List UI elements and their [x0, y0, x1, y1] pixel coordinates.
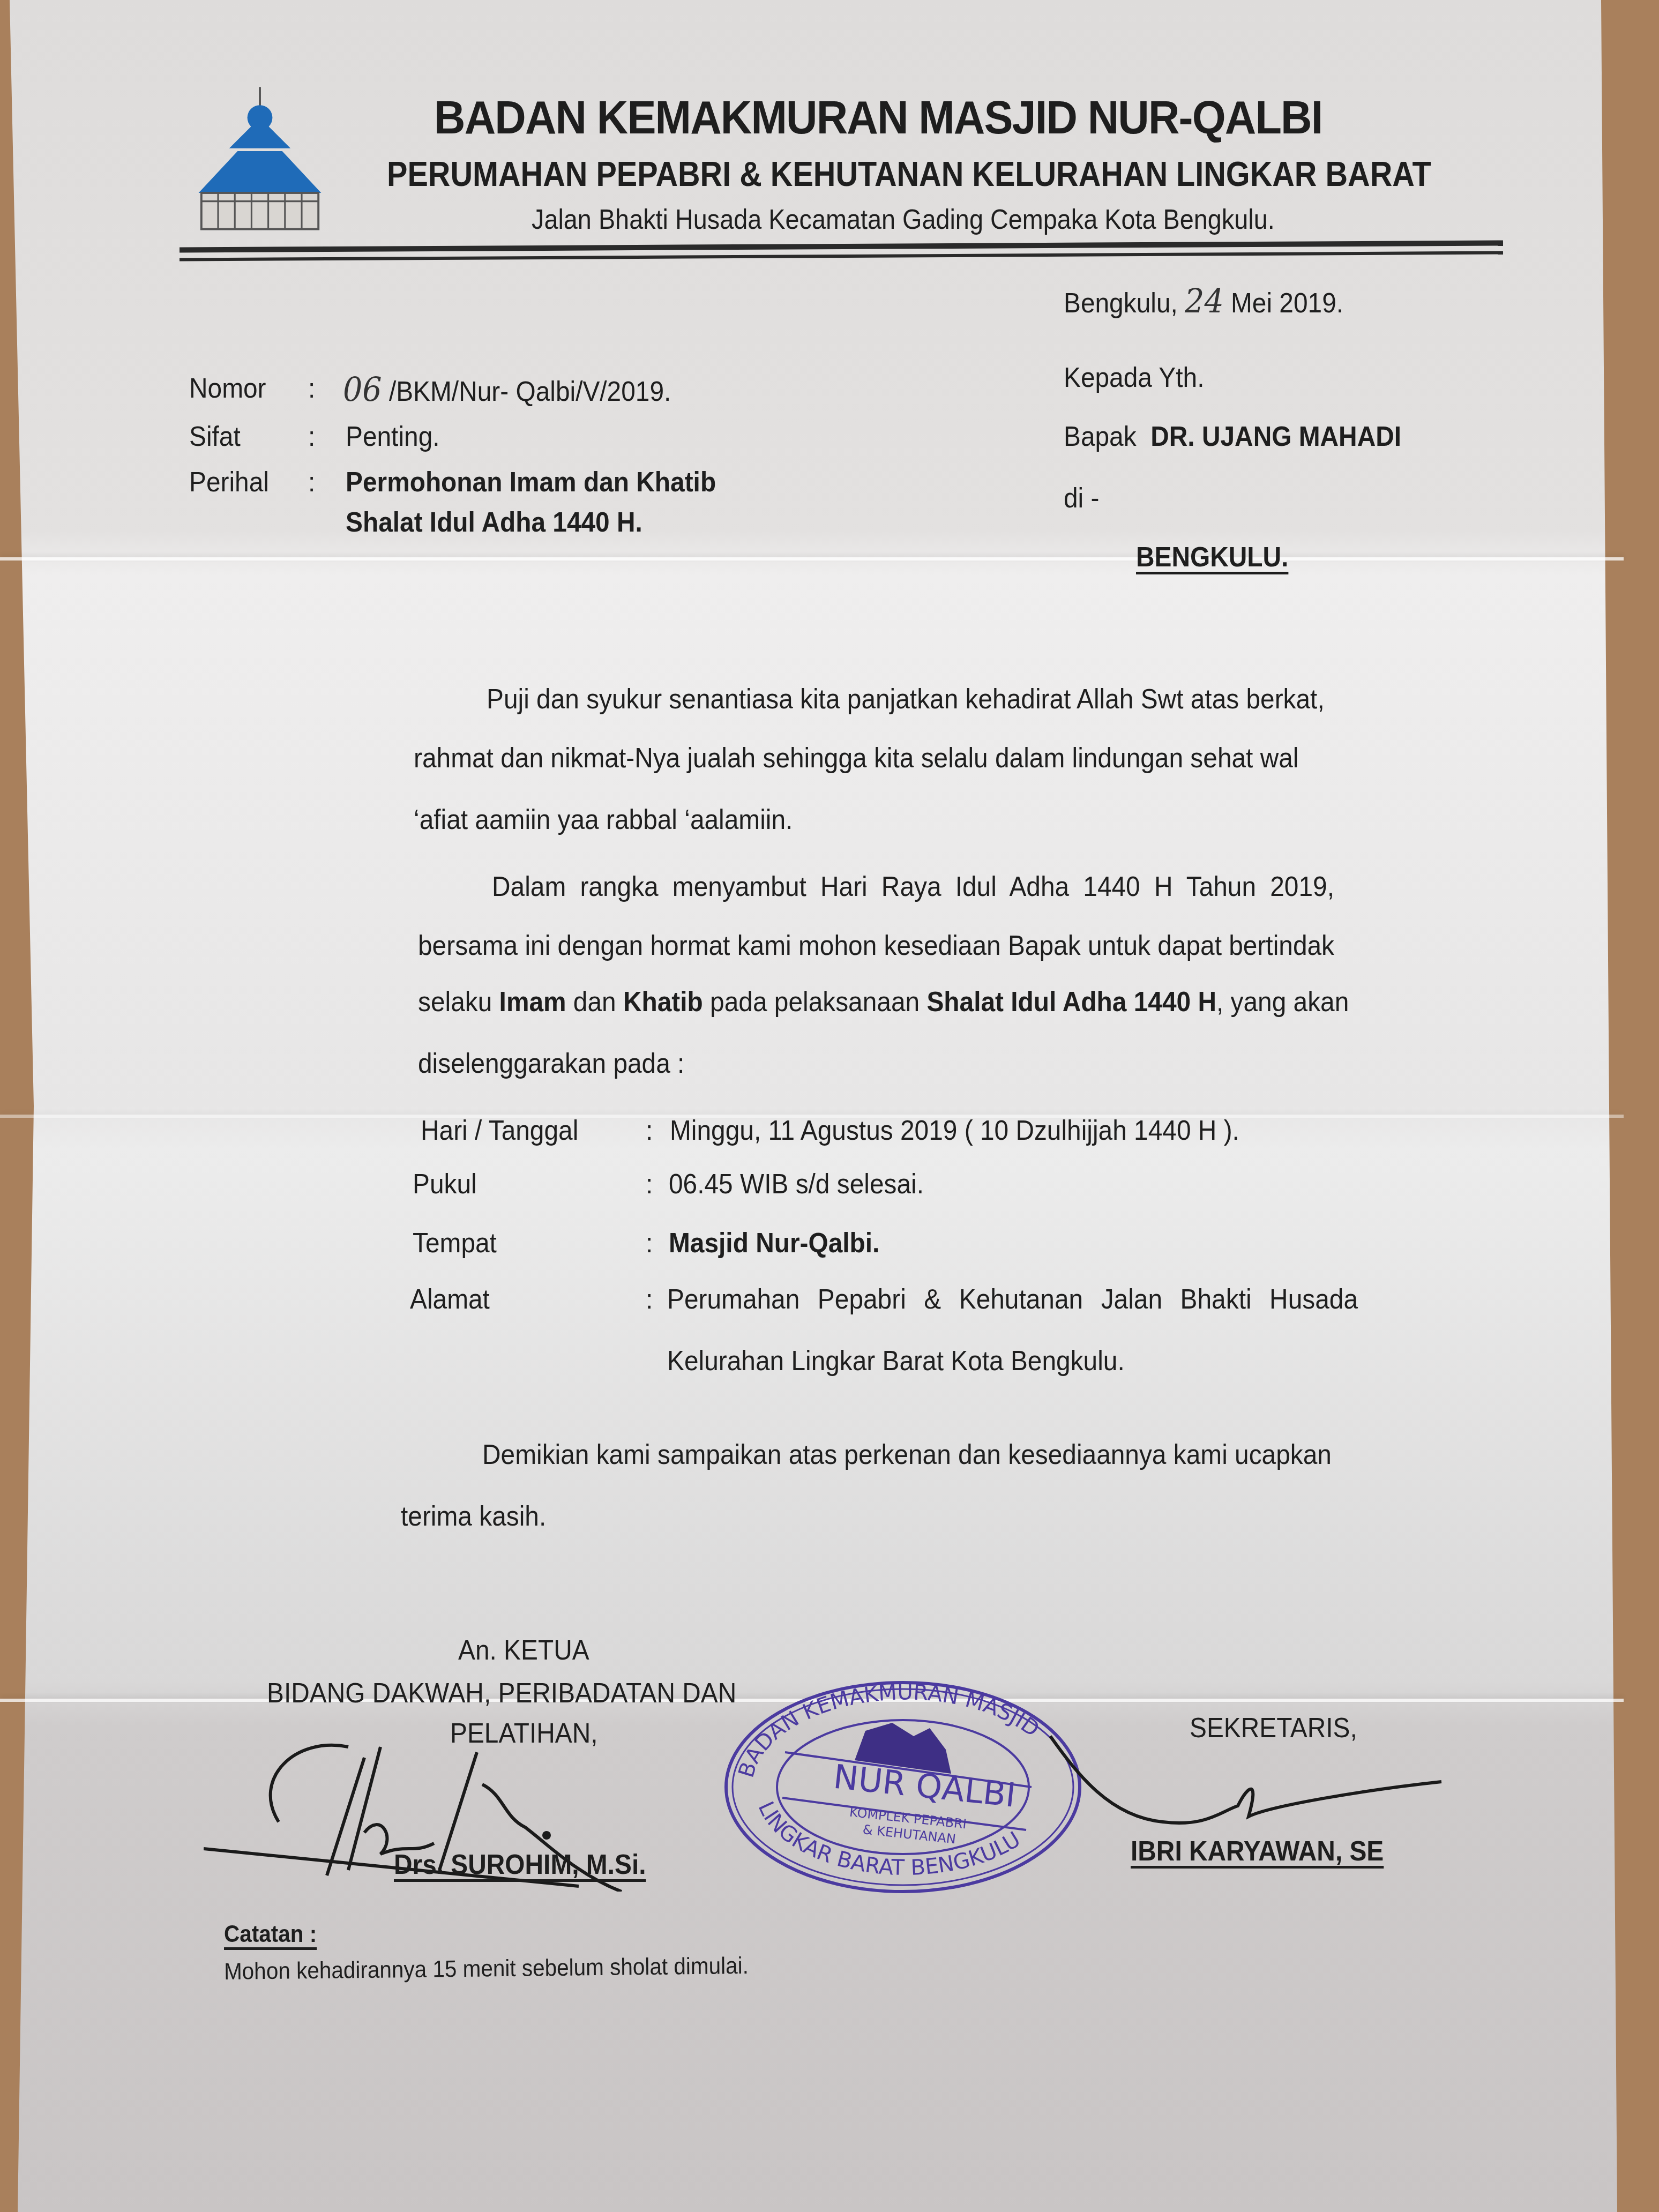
signer-right-name: IBRI KARYAWAN, SE — [1131, 1835, 1384, 1867]
mosque-icon — [190, 80, 330, 236]
org-subtitle: PERUMAHAN PEPABRI & KEHUTANAN KELURAHAN … — [387, 154, 1431, 194]
letter-date: Bengkulu, 24 Mei 2019. — [1064, 281, 1343, 320]
meta-value-nomor: 06 /BKM/Nur- Qalbi/V/2019. — [343, 370, 671, 409]
event-value-time: 06.45 WIB s/d selesai. — [669, 1168, 924, 1200]
closing-line: Demikian kami sampaikan atas perkenan da… — [482, 1439, 1332, 1471]
paragraph-1-line: Puji dan syukur senantiasa kita panjatka… — [487, 683, 1325, 715]
paragraph-1-line: ‘afiat aamiin yaa rabbal ‘aalamiin. — [414, 804, 793, 836]
meta-value-perihal-line2: Shalat Idul Adha 1440 H. — [346, 506, 642, 539]
paragraph-2-line: selaku Imam dan Khatib pada pelaksanaan … — [418, 986, 1349, 1018]
recipient-greeting: Kepada Yth. — [1064, 362, 1204, 394]
meta-value-sifat: Penting. — [346, 421, 440, 453]
event-value-date: Minggu, 11 Agustus 2019 ( 10 Dzulhijjah … — [670, 1115, 1239, 1147]
event-label-place: Tempat — [413, 1227, 497, 1259]
handwritten-day: 24 — [1185, 281, 1224, 320]
recipient-city: BENGKULU. — [1136, 541, 1288, 573]
paragraph-2-line: diselenggarakan pada : — [418, 1048, 684, 1080]
meta-label-nomor: Nomor — [189, 372, 266, 405]
handwritten-number: 06 — [343, 370, 382, 409]
event-value-place: Masjid Nur-Qalbi. — [669, 1227, 879, 1259]
paragraph-1-line: rahmat dan nikmat-Nya jualah sehingga ki… — [414, 742, 1298, 774]
recipient-di: di - — [1064, 482, 1099, 514]
meta-label-perihal: Perihal — [189, 466, 269, 498]
signer-left-role: BIDANG DAKWAH, PERIBADATAN DAN — [267, 1677, 736, 1709]
signature-right-icon — [1045, 1731, 1474, 1838]
meta-value-perihal: Permohonan Imam dan Khatib — [346, 466, 716, 498]
event-value-address-line2: Kelurahan Lingkar Barat Kota Bengkulu. — [667, 1345, 1125, 1377]
org-name: BADAN KEMAKMURAN MASJID NUR-QALBI — [434, 90, 1322, 145]
event-label-time: Pukul — [413, 1168, 477, 1200]
signer-left-role: An. KETUA — [458, 1634, 589, 1667]
event-label-date: Hari / Tanggal — [421, 1115, 578, 1147]
note-label: Catatan : — [224, 1921, 317, 1948]
paragraph-2-line: bersama ini dengan hormat kami mohon kes… — [418, 930, 1334, 962]
closing-line: terima kasih. — [401, 1500, 546, 1533]
recipient-name: Bapak DR. UJANG MAHADI — [1064, 421, 1401, 453]
meta-label-sifat: Sifat — [189, 421, 241, 453]
paragraph-2-line: Dalam rangka menyambut Hari Raya Idul Ad… — [492, 871, 1334, 903]
paper-fold-line — [0, 557, 1624, 561]
signer-left-name: Drs. SUROHIM, M.Si. — [394, 1849, 646, 1881]
event-value-address: Perumahan Pepabri & Kehutanan Jalan Bhak… — [667, 1283, 1358, 1316]
organization-stamp-icon: NUR QALBI KOMPLEK PEPABRI & KEHUTANAN BA… — [715, 1672, 1090, 1897]
org-address: Jalan Bhakti Husada Kecamatan Gading Cem… — [532, 204, 1275, 236]
event-label-address: Alamat — [410, 1283, 490, 1316]
